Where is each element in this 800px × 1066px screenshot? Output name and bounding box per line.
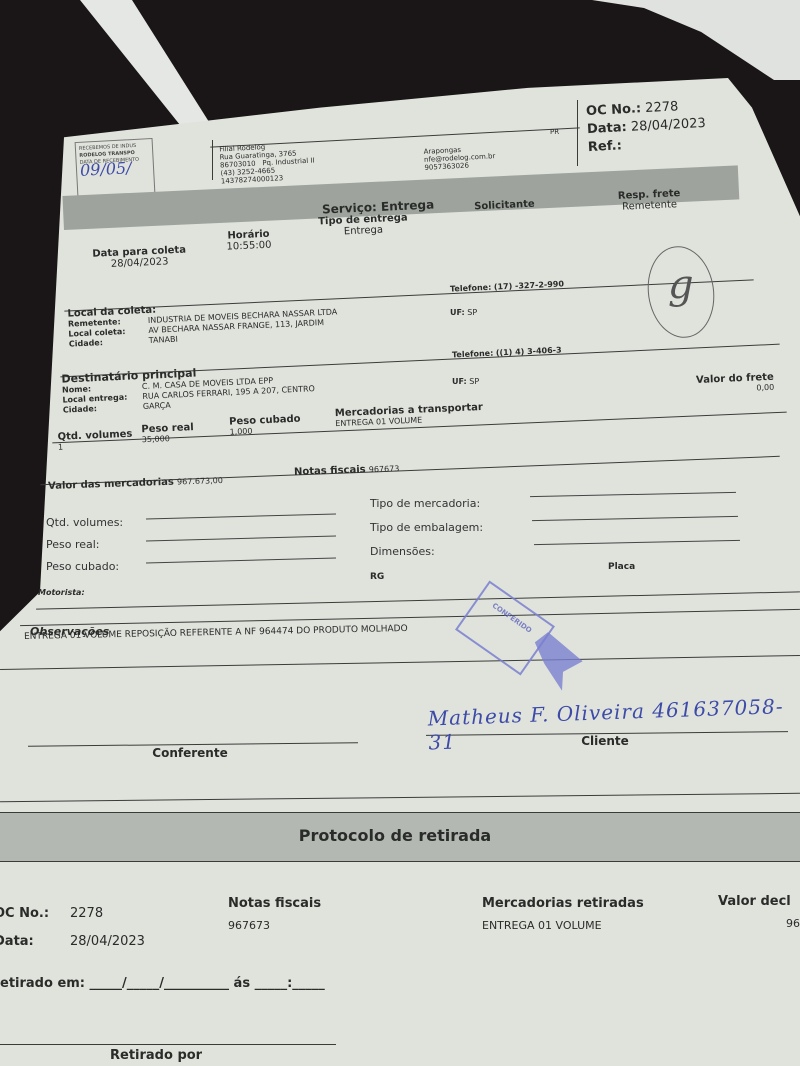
ref-label: Ref.: — [588, 138, 623, 155]
background-paper-strip — [80, 0, 210, 130]
retirado-por-signature-line — [0, 1044, 336, 1045]
date-label: Data: — [587, 120, 627, 137]
motorista-label: Motorista: — [38, 588, 85, 597]
receipt-stamp: RECEBEMOS DE INDUS RODELOG TRANSPO DATA … — [75, 138, 156, 198]
protocol-goods-label: Mercadorias retiradas — [482, 896, 644, 911]
protocol-date-label: Data: — [0, 928, 70, 956]
background-paper-corner — [540, 0, 800, 80]
service-col-freight-resp: Resp. frete Remetente — [574, 186, 725, 215]
goods-left-fields: Qtd. volumes: Peso real: Peso cubado: — [46, 512, 123, 578]
protocol-value-label: Valor decl — [718, 894, 800, 909]
protocol-declared-value: Valor decl 96 — [718, 894, 800, 930]
service-col-time: Horário 10:55:00 — [203, 228, 294, 254]
oc-number: 2278 — [645, 99, 679, 116]
cliente-label: Cliente — [540, 734, 670, 748]
placa-label: Placa — [608, 562, 635, 572]
goods-value-amount: 967.673,00 — [177, 476, 223, 487]
cargo-peso-cubado: Peso cubado 1,000 — [229, 412, 330, 437]
invoice-number: 967673 — [369, 464, 400, 474]
retirado-em-field[interactable]: Retirado em: _____/_____/__________ ás _… — [0, 976, 325, 991]
protocol-oc-value: 2278 — [70, 906, 103, 921]
divider — [577, 100, 578, 166]
field-label: Tipo de mercadoria: — [370, 492, 483, 516]
branch-info: Filial Rodelog Rua Guaratinga, 3765 8670… — [219, 141, 316, 186]
field-label: Tipo de embalagem: — [370, 516, 483, 540]
uf-value: SP — [467, 308, 477, 317]
protocol-invoice-value: 967673 — [228, 919, 321, 932]
pickup-uf: UF: SP — [450, 308, 477, 318]
field-label: Dimensões: — [370, 540, 483, 564]
receipt-handwritten-date: 09/05/ — [80, 163, 150, 174]
uf-label: UF: — [450, 308, 465, 317]
phone-label: Telefone: — [452, 349, 494, 360]
protocol-title: Protocolo de retirada — [0, 826, 790, 845]
cargo-frete: Valor do frete 0,00 — [644, 372, 775, 398]
cargo-mercadorias: Mercadorias a transportar ENTREGA 01 VOL… — [335, 396, 636, 430]
protocol-goods: Mercadorias retiradas ENTREGA 01 VOLUME — [482, 896, 644, 932]
protocol-goods-value: ENTREGA 01 VOLUME — [482, 919, 644, 932]
divider — [212, 140, 213, 180]
cargo-value: 35,000 — [142, 432, 226, 446]
protocol-order-info: OC No.:2278 Data:28/04/2023 — [0, 900, 145, 956]
field-label: Peso cubado: — [46, 556, 123, 578]
oc-label: OC No.: — [586, 101, 642, 119]
order-date: 28/04/2023 — [630, 116, 706, 135]
protocol-invoice-label: Notas fiscais — [228, 896, 321, 911]
order-info: OC No.: 2278 Data: 28/04/2023 Ref.: — [586, 97, 707, 157]
protocol-oc-label: OC No.: — [0, 900, 70, 928]
company-state: PR — [550, 128, 559, 136]
phone-label: Telefone: — [450, 283, 492, 294]
retirado-por-label: Retirado por — [110, 1048, 202, 1063]
field-label: Peso real: — [46, 534, 123, 556]
rg-label: RG — [370, 572, 384, 582]
phone-value: ((1) 4) 3-406-3 — [496, 346, 562, 358]
handwritten-mark: g — [668, 262, 694, 308]
service-col-label: Solicitante — [434, 197, 574, 214]
service-col-requester: Solicitante — [434, 197, 574, 214]
protocol-date-value: 28/04/2023 — [70, 934, 145, 949]
phone-value: (17) -327-2-990 — [494, 279, 564, 291]
conferente-label: Conferente — [110, 746, 270, 760]
service-col-delivery-type: Tipo de entrega Entrega — [293, 211, 434, 239]
protocol-value-amount: 96 — [718, 917, 800, 930]
protocol-invoices: Notas fiscais 967673 — [228, 896, 321, 932]
cargo-peso-real: Peso real 35,000 — [141, 421, 226, 445]
service-col-pickup-date: Data para coleta 28/04/2023 — [74, 244, 205, 272]
company-contact: Arapongas nfe@rodelog.com.br 9057363026 — [423, 144, 496, 172]
field-label: Qtd. volumes: — [46, 512, 123, 534]
cargo-qtd: Qtd. volumes 1 — [57, 428, 138, 452]
goods-right-fields: Tipo de mercadoria: Tipo de embalagem: D… — [370, 492, 483, 564]
